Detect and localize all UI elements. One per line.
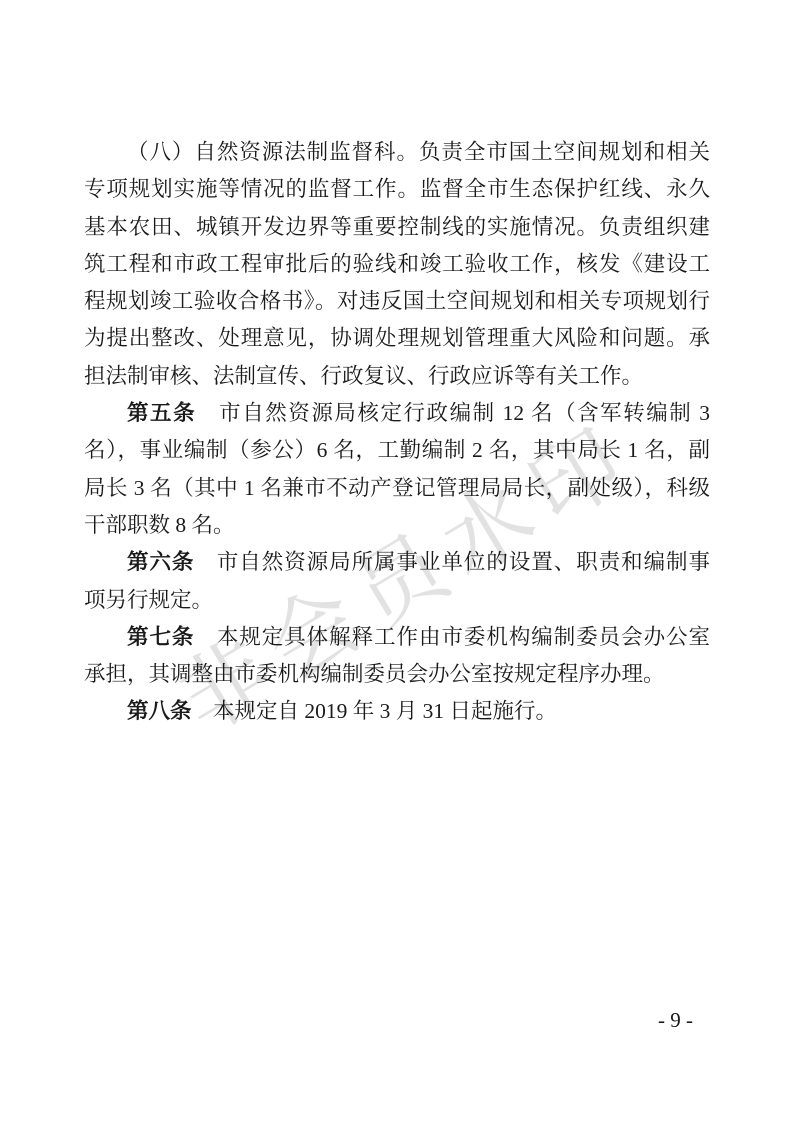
text-segment: 本规定自 2019 年 3 月 31 日起施行。 [192, 699, 558, 723]
text-line: 程规划竣工验收合格书》。对违反国土空间规划和相关专项规划行 [84, 283, 710, 320]
page-number: - 9 - [658, 1008, 693, 1032]
text-line: 基本农田、城镇开发边界等重要控制线的实施情况。负责组织建 [84, 209, 710, 246]
text-line: 项另行规定。 [84, 582, 710, 619]
document-page: { "colors": { "background": "#ffffff", "… [0, 0, 793, 1121]
text-segment: 为提出整改、处理意见，协调处理规划管理重大风险和问题。承 [84, 326, 710, 350]
text-segment: 市自然资源局所属事业单位的设置、职责和编制事 [194, 550, 710, 574]
text-line: 第七条 本规定具体解释工作由市委机构编制委员会办公室 [84, 619, 710, 656]
text-line: （八）自然资源法制监督科。负责全市国土空间规划和相关 [84, 134, 710, 171]
text-segment: 担法制审核、法制宣传、行政复议、行政应诉等有关工作。 [84, 364, 643, 388]
article-term: 第八条 [127, 699, 192, 723]
text-segment: 承担，其调整由市委机构编制委员会办公室按规定程序办理。 [84, 662, 665, 686]
text-line: 第八条 本规定自 2019 年 3 月 31 日起施行。 [84, 693, 710, 730]
text-line: 为提出整改、处理意见，协调处理规划管理重大风险和问题。承 [84, 320, 710, 357]
article-term: 第六条 [127, 550, 194, 574]
text-segment: 程规划竣工验收合格书》。对违反国土空间规划和相关专项规划行 [84, 289, 710, 313]
text-segment: 项另行规定。 [84, 588, 213, 612]
text-segment: （八）自然资源法制监督科。负责全市国土空间规划和相关 [127, 140, 710, 164]
text-line: 第六条 市自然资源局所属事业单位的设置、职责和编制事 [84, 544, 710, 581]
text-line: 担法制审核、法制宣传、行政复议、行政应诉等有关工作。 [84, 358, 710, 395]
text-segment: 市自然资源局核定行政编制 12 名（含军转编制 3 [196, 401, 710, 425]
document-body: （八）自然资源法制监督科。负责全市国土空间规划和相关专项规划实施等情况的监督工作… [84, 134, 710, 731]
text-segment: 名），事业编制（参公）6 名，工勤编制 2 名，其中局长 1 名，副 [84, 438, 710, 462]
text-segment: 本规定具体解释工作由市委机构编制委员会办公室 [194, 625, 710, 649]
text-segment: 局长 3 名（其中 1 名兼市不动产登记管理局局长，副处级），科级 [84, 476, 710, 500]
text-line: 干部职数 8 名。 [84, 507, 710, 544]
text-line: 名），事业编制（参公）6 名，工勤编制 2 名，其中局长 1 名，副 [84, 432, 710, 469]
article-term: 第七条 [127, 625, 194, 649]
text-line: 第五条 市自然资源局核定行政编制 12 名（含军转编制 3 [84, 395, 710, 432]
page-background: 非会员水印 （八）自然资源法制监督科。负责全市国土空间规划和相关专项规划实施等情… [0, 0, 793, 1121]
text-line: 局长 3 名（其中 1 名兼市不动产登记管理局局长，副处级），科级 [84, 470, 710, 507]
text-line: 承担，其调整由市委机构编制委员会办公室按规定程序办理。 [84, 656, 710, 693]
text-line: 筑工程和市政工程审批后的验线和竣工验收工作，核发《建设工 [84, 246, 710, 283]
text-segment: 干部职数 8 名。 [84, 513, 235, 537]
text-segment: 专项规划实施等情况的监督工作。监督全市生态保护红线、永久 [84, 177, 710, 201]
text-segment: 基本农田、城镇开发边界等重要控制线的实施情况。负责组织建 [84, 215, 710, 239]
text-segment: 筑工程和市政工程审批后的验线和竣工验收工作，核发《建设工 [84, 252, 710, 276]
text-line: 专项规划实施等情况的监督工作。监督全市生态保护红线、永久 [84, 171, 710, 208]
article-term: 第五条 [127, 401, 196, 425]
